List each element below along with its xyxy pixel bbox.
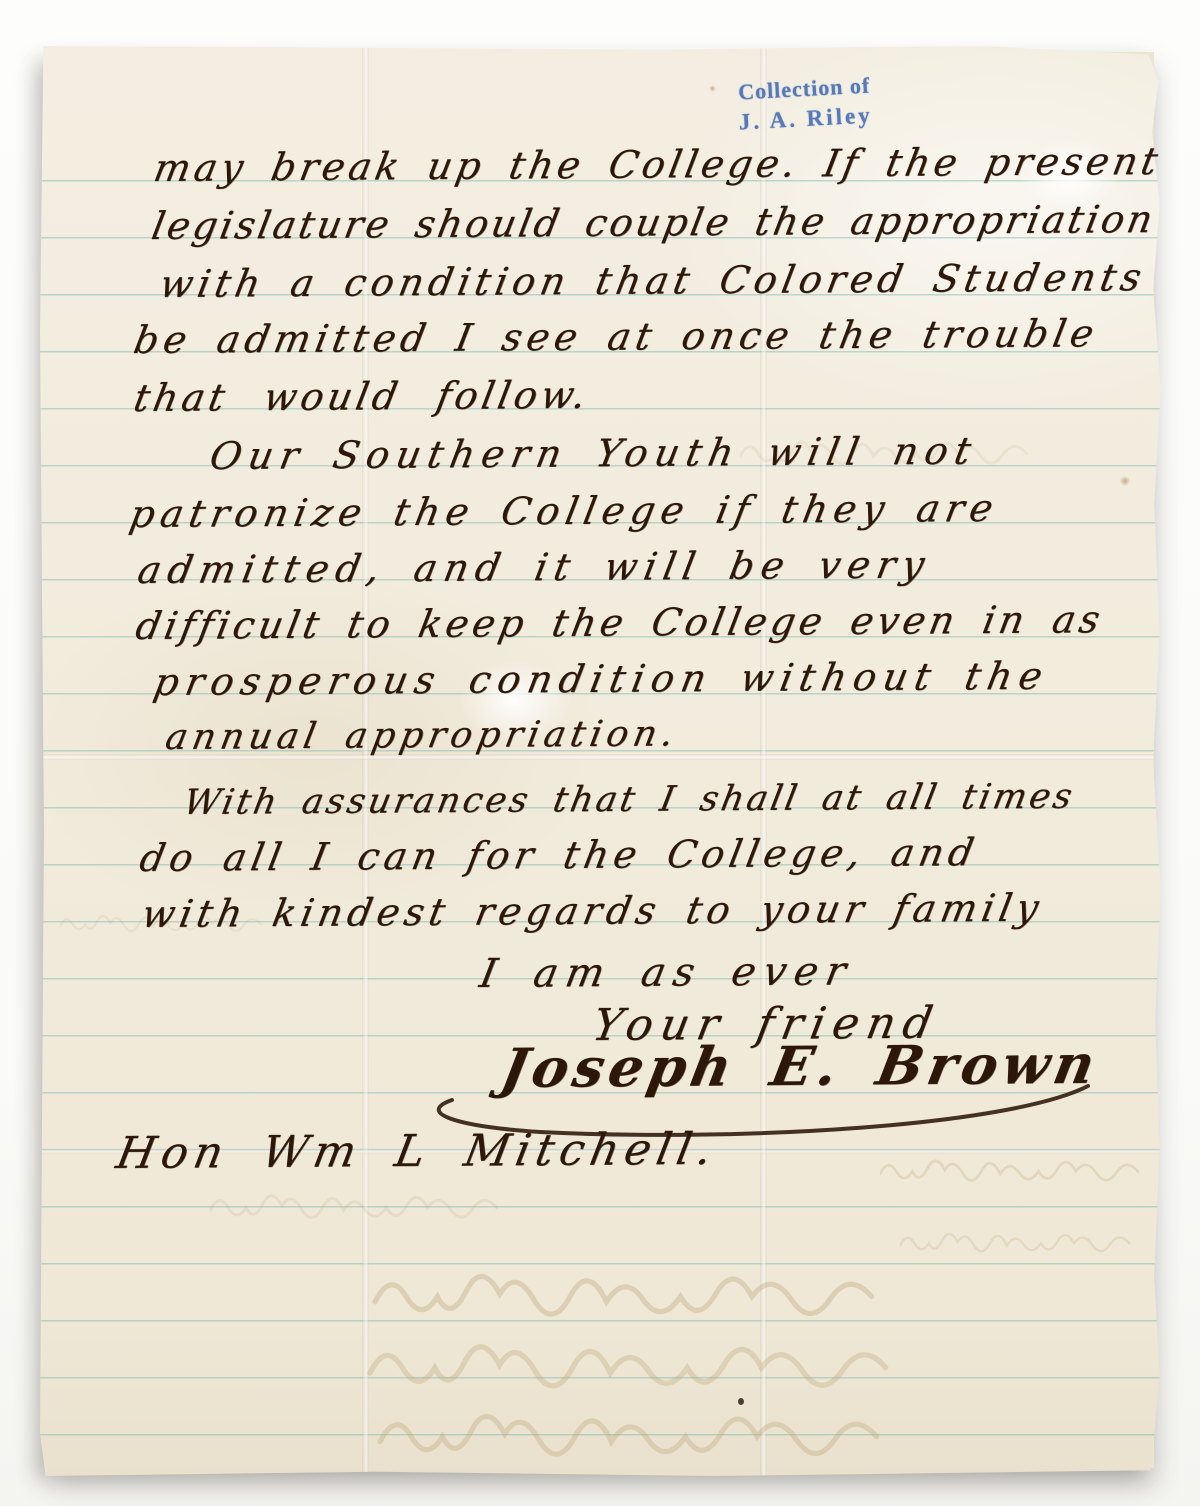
letter-line-8: admitted, and it will be very (134, 542, 935, 593)
letter-line-9: difficult to keep the College even in as (132, 597, 1107, 649)
letter-line-12: With assurances that I shall at all time… (180, 776, 1078, 824)
letter-line-5: that would follow. (130, 373, 594, 422)
letter-line-6: Our Southern Youth will not (206, 429, 981, 480)
letter-line-11: annual appropriation. (162, 712, 682, 759)
signature: Joseph E. Brown (496, 1032, 1105, 1101)
addressee: Hon Wm L Mitchell. (112, 1124, 722, 1181)
letter-line-2: legislature should couple the appropriat… (148, 197, 1159, 250)
letter-line-10: prosperous condition without the (150, 654, 1053, 706)
photographed-letter-scene: Collection of J. A. Riley may break up t… (0, 0, 1200, 1506)
letter-line-3: with a condition that Colored Students (156, 255, 1150, 307)
letter-line-13: do all I can for the College, and (136, 830, 982, 881)
ink-speck (738, 1398, 744, 1405)
letter-line-1: may break up the College. If the present (150, 139, 1165, 192)
letter-line-14: with kindest regards to your family (138, 886, 1047, 938)
ruled-lines (40, 180, 1162, 1476)
closing-line-1: I am as ever (476, 947, 858, 998)
foxing-spot (1118, 474, 1132, 488)
letter-line-4: be admitted I see at once the trouble (130, 311, 1102, 363)
letter-line-7: patronize the College if they are (126, 486, 1003, 538)
collector-stamp: Collection of J. A. Riley (699, 71, 912, 138)
